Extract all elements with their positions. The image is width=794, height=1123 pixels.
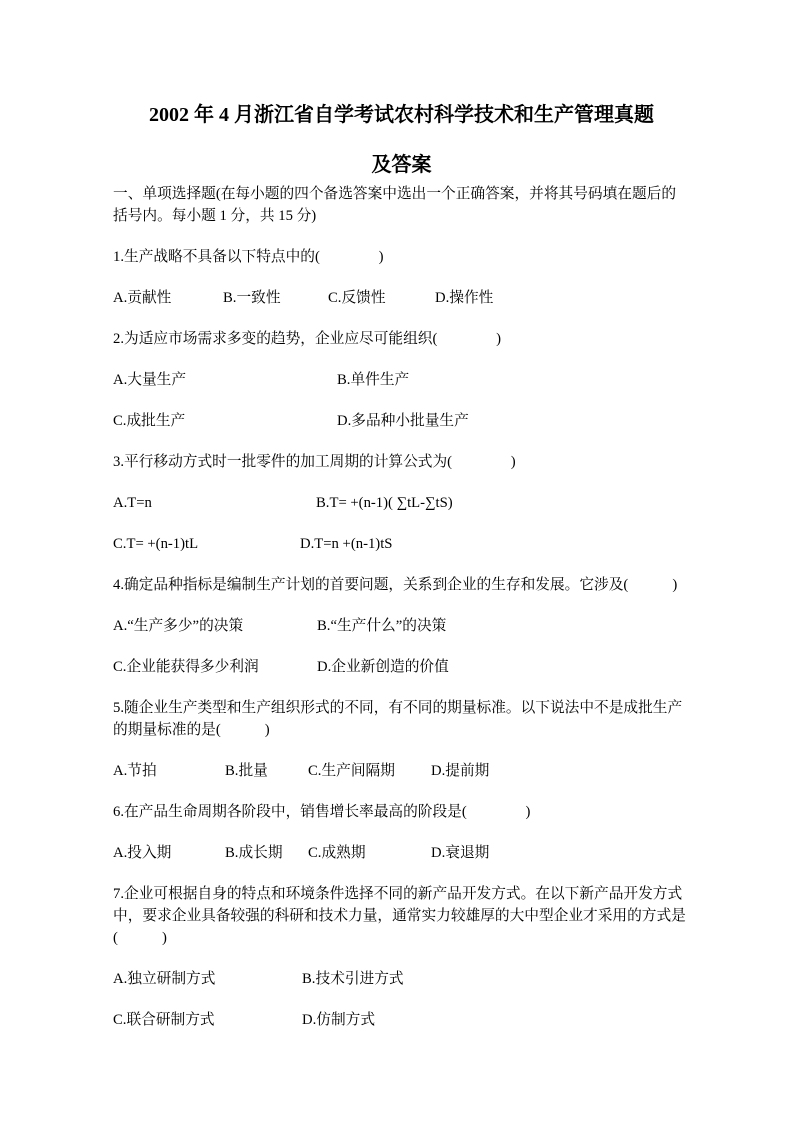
question-5-option-a: A.节拍: [113, 760, 225, 782]
question-4-options-row-1: A.“生产多少”的决策 B.“生产什么”的决策: [113, 615, 690, 637]
question-1-option-c: C.反馈性: [328, 287, 435, 309]
question-5-option-d: D.提前期: [431, 760, 489, 782]
question-5-option-b: B.批量: [225, 760, 308, 782]
question-4-option-c: C.企业能获得多少利润: [113, 656, 317, 678]
question-3-option-b: B.T= +(n-1)( ∑tL-∑tS): [316, 492, 453, 514]
question-7-option-b: B.技术引进方式: [302, 968, 404, 990]
question-3-option-a: A.T=n: [113, 492, 316, 514]
question-6-option-b: B.成长期: [225, 842, 308, 864]
question-3-option-d: D.T=n +(n-1)tS: [300, 533, 392, 555]
question-5-text: 5.随企业生产类型和生产组织形式的不同，有不同的期量标准。以下说法中不是成批生产…: [113, 697, 690, 741]
document-title-line-2: 及答案: [113, 150, 690, 180]
question-3-options-row-1: A.T=n B.T= +(n-1)( ∑tL-∑tS): [113, 492, 690, 514]
question-2-text: 2.为适应市场需求多变的趋势，企业应尽可能组织( ): [113, 328, 690, 350]
question-7-option-a: A.独立研制方式: [113, 968, 302, 990]
question-7-text: 7.企业可根据自身的特点和环境条件选择不同的新产品开发方式。在以下新产品开发方式…: [113, 883, 690, 949]
question-6-option-d: D.衰退期: [431, 842, 489, 864]
question-4-option-d: D.企业新创造的价值: [317, 656, 449, 678]
question-4-options-row-2: C.企业能获得多少利润 D.企业新创造的价值: [113, 656, 690, 678]
question-3-options-row-2: C.T= +(n-1)tL D.T=n +(n-1)tS: [113, 533, 690, 555]
question-2-option-d: D.多品种小批量生产: [337, 410, 469, 432]
question-2-options-row-2: C.成批生产 D.多品种小批量生产: [113, 410, 690, 432]
question-1-text: 1.生产战略不具备以下特点中的( ): [113, 246, 690, 268]
question-6-option-a: A.投入期: [113, 842, 225, 864]
question-3: 3.平行移动方式时一批零件的加工周期的计算公式为( ) A.T=n B.T= +…: [113, 451, 690, 555]
section-heading: 一、单项选择题(在每小题的四个备选答案中选出一个正确答案，并将其号码填在题后的括…: [113, 183, 690, 227]
question-2-option-c: C.成批生产: [113, 410, 337, 432]
question-5-options: A.节拍 B.批量 C.生产间隔期 D.提前期: [113, 760, 690, 782]
question-1-options: A.贡献性 B.一致性 C.反馈性 D.操作性: [113, 287, 690, 309]
document-title-line-1: 2002 年 4 月浙江省自学考试农村科学技术和生产管理真题: [113, 100, 690, 130]
question-4-option-b: B.“生产什么”的决策: [317, 615, 446, 637]
question-7-option-d: D.仿制方式: [302, 1009, 375, 1031]
question-7-options-row-2: C.联合研制方式 D.仿制方式: [113, 1009, 690, 1031]
question-4-option-a: A.“生产多少”的决策: [113, 615, 317, 637]
question-2-option-a: A.大量生产: [113, 369, 337, 391]
question-3-option-c: C.T= +(n-1)tL: [113, 533, 300, 555]
question-6-text: 6.在产品生命周期各阶段中，销售增长率最高的阶段是( ): [113, 801, 690, 823]
question-3-text: 3.平行移动方式时一批零件的加工周期的计算公式为( ): [113, 451, 690, 473]
question-5: 5.随企业生产类型和生产组织形式的不同，有不同的期量标准。以下说法中不是成批生产…: [113, 697, 690, 782]
question-6: 6.在产品生命周期各阶段中，销售增长率最高的阶段是( ) A.投入期 B.成长期…: [113, 801, 690, 864]
question-4: 4.确定品种指标是编制生产计划的首要问题，关系到企业的生存和发展。它涉及( ) …: [113, 574, 690, 678]
question-4-text: 4.确定品种指标是编制生产计划的首要问题，关系到企业的生存和发展。它涉及( ): [113, 574, 690, 596]
question-1-option-d: D.操作性: [435, 287, 493, 309]
question-2-options-row-1: A.大量生产 B.单件生产: [113, 369, 690, 391]
question-7-options-row-1: A.独立研制方式 B.技术引进方式: [113, 968, 690, 990]
question-7: 7.企业可根据自身的特点和环境条件选择不同的新产品开发方式。在以下新产品开发方式…: [113, 883, 690, 1031]
question-6-options: A.投入期 B.成长期 C.成熟期 D.衰退期: [113, 842, 690, 864]
question-5-option-c: C.生产间隔期: [308, 760, 431, 782]
question-1-option-b: B.一致性: [223, 287, 328, 309]
document-page: 2002 年 4 月浙江省自学考试农村科学技术和生产管理真题 及答案 一、单项选…: [0, 0, 794, 1123]
question-7-option-c: C.联合研制方式: [113, 1009, 302, 1031]
question-6-option-c: C.成熟期: [308, 842, 431, 864]
question-1: 1.生产战略不具备以下特点中的( ) A.贡献性 B.一致性 C.反馈性 D.操…: [113, 246, 690, 309]
question-2: 2.为适应市场需求多变的趋势，企业应尽可能组织( ) A.大量生产 B.单件生产…: [113, 328, 690, 432]
question-2-option-b: B.单件生产: [337, 369, 409, 391]
question-1-option-a: A.贡献性: [113, 287, 223, 309]
